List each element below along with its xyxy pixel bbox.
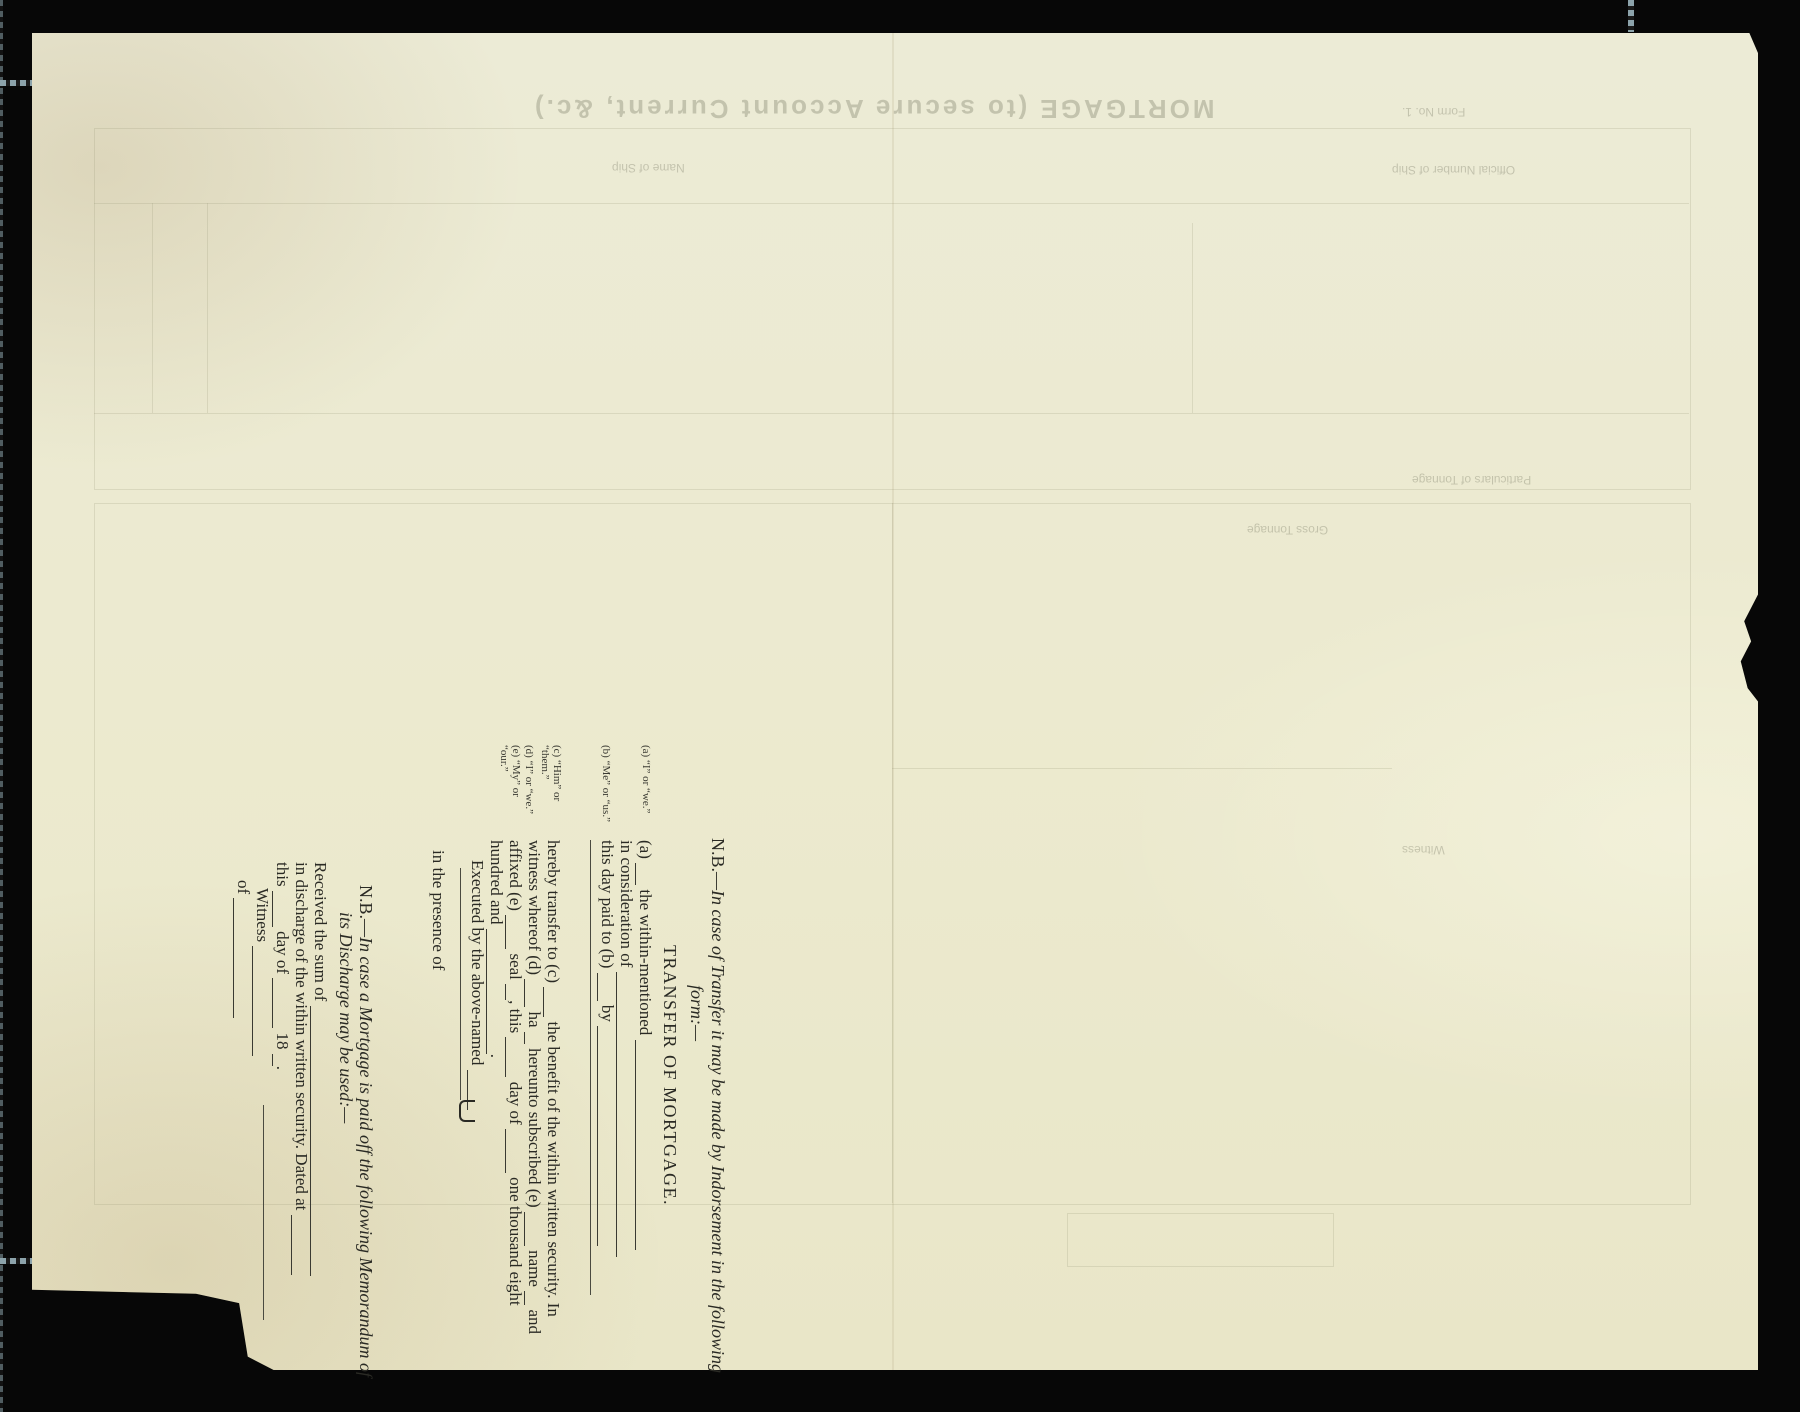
- transfer-line-5: witness whereof (d) ha hereunto subscrib…: [524, 840, 544, 1334]
- witness-signature-line[interactable]: [460, 868, 461, 1100]
- margin-note-e: (e) “My” or: [510, 745, 522, 797]
- transfer-nb-note-cont: form:—: [686, 985, 707, 1041]
- ghost-witness: Witness: [1402, 843, 1445, 857]
- blank-field[interactable]: [310, 1006, 323, 1276]
- discharge-nb-note: N.B.—In case a Mortgage is paid off the …: [355, 885, 376, 1377]
- transfer-line-7: hundred and .: [486, 840, 506, 1058]
- ghost-rule: [207, 203, 208, 413]
- blank-field[interactable]: [524, 979, 537, 1007]
- blank-field[interactable]: [635, 1040, 648, 1250]
- scale-ruler-top-right: [1628, 0, 1634, 32]
- transfer-line-4: hereby transfer to (c) the benefit of th…: [543, 840, 563, 1317]
- discharge-line-1: Received the sum of: [310, 862, 330, 1276]
- blank-field[interactable]: [291, 1215, 304, 1275]
- transfer-line-3: this day paid to (b) by: [597, 840, 617, 1246]
- blank-field[interactable]: [272, 978, 285, 1028]
- ghost-tonnage-label: Particulars of Tonnage: [1412, 473, 1531, 487]
- blank-field[interactable]: [524, 1291, 537, 1305]
- bracket-brace: [459, 1100, 475, 1122]
- discharge-line-3: this day of 18 .: [272, 862, 292, 1070]
- blank-field[interactable]: [616, 972, 629, 1257]
- blank-field[interactable]: [597, 973, 610, 1001]
- ghost-rule: [1192, 223, 1193, 413]
- blank-field[interactable]: [252, 946, 265, 1056]
- ghost-rule: [94, 413, 1689, 414]
- blank-field[interactable]: [272, 891, 285, 927]
- witness-signature-line[interactable]: [263, 1105, 264, 1320]
- ghost-rule: [892, 503, 893, 1203]
- discharge-line-5: of: [233, 880, 253, 1018]
- ghost-rule: [152, 203, 153, 413]
- transfer-nb-note: N.B.—In case of Transfer it may be made …: [707, 838, 728, 1373]
- transfer-line-6: affixed (e) seal , this day of one thous…: [505, 840, 525, 1306]
- margin-note-d: (d) “I” or “we.”: [523, 745, 535, 814]
- blank-field[interactable]: [635, 863, 648, 885]
- ghost-box-small: [1067, 1213, 1334, 1267]
- transfer-line-8: Executed by the above-named: [467, 860, 487, 1110]
- blank-field[interactable]: [233, 898, 246, 1018]
- transfer-rule: [590, 840, 591, 1295]
- ghost-title: MORTGAGE (to secure Account Current, &c.…: [532, 93, 1215, 124]
- blank-field[interactable]: [505, 1037, 518, 1077]
- discharge-line-2: in discharge of the within written secur…: [291, 862, 311, 1275]
- margin-note-a: (a) “I” or “we.”: [640, 745, 652, 813]
- discharge-line-4: Witness: [252, 888, 272, 1056]
- margin-note-b: (b) “Me” or “us.”: [600, 745, 612, 822]
- scale-ruler-left: [0, 0, 3, 1412]
- scale-ruler-top-left: [0, 80, 34, 86]
- blank-field[interactable]: [597, 1026, 610, 1246]
- blank-field[interactable]: [505, 915, 518, 949]
- blank-field[interactable]: [505, 984, 518, 1000]
- ghost-name-of-ship: Name of Ship: [612, 161, 685, 175]
- transfer-line-2: in consideration of: [616, 840, 636, 1257]
- transfer-line-1: (a) the within-mentioned: [635, 840, 655, 1250]
- ghost-rule: [892, 768, 1392, 769]
- ghost-side-note: [1527, 848, 1642, 862]
- blank-field[interactable]: [486, 929, 499, 1054]
- ghost-form-number: Form No. 1.: [1402, 105, 1465, 119]
- margin-note-e-cont: “our.”: [498, 745, 510, 772]
- transfer-line-9: in the presence of: [428, 850, 448, 970]
- ghost-rule: [94, 203, 1689, 204]
- blank-field[interactable]: [543, 987, 556, 1017]
- blank-field[interactable]: [524, 1212, 537, 1246]
- ghost-official-number: Official Number of Ship: [1392, 163, 1515, 177]
- blank-field[interactable]: [524, 1032, 537, 1044]
- transfer-heading: TRANSFER OF MORTGAGE.: [659, 945, 680, 1206]
- margin-note-c-cont: “them.”: [539, 745, 551, 780]
- blank-field[interactable]: [272, 1054, 285, 1066]
- ghost-gross-tonnage: Gross Tonnage: [1247, 523, 1328, 537]
- discharge-nb-note-cont: its Discharge may be used:—: [335, 912, 356, 1123]
- margin-note-c: (c) “Him” or: [551, 745, 563, 801]
- blank-field[interactable]: [505, 1129, 518, 1173]
- ghost-table-top: [94, 128, 1691, 490]
